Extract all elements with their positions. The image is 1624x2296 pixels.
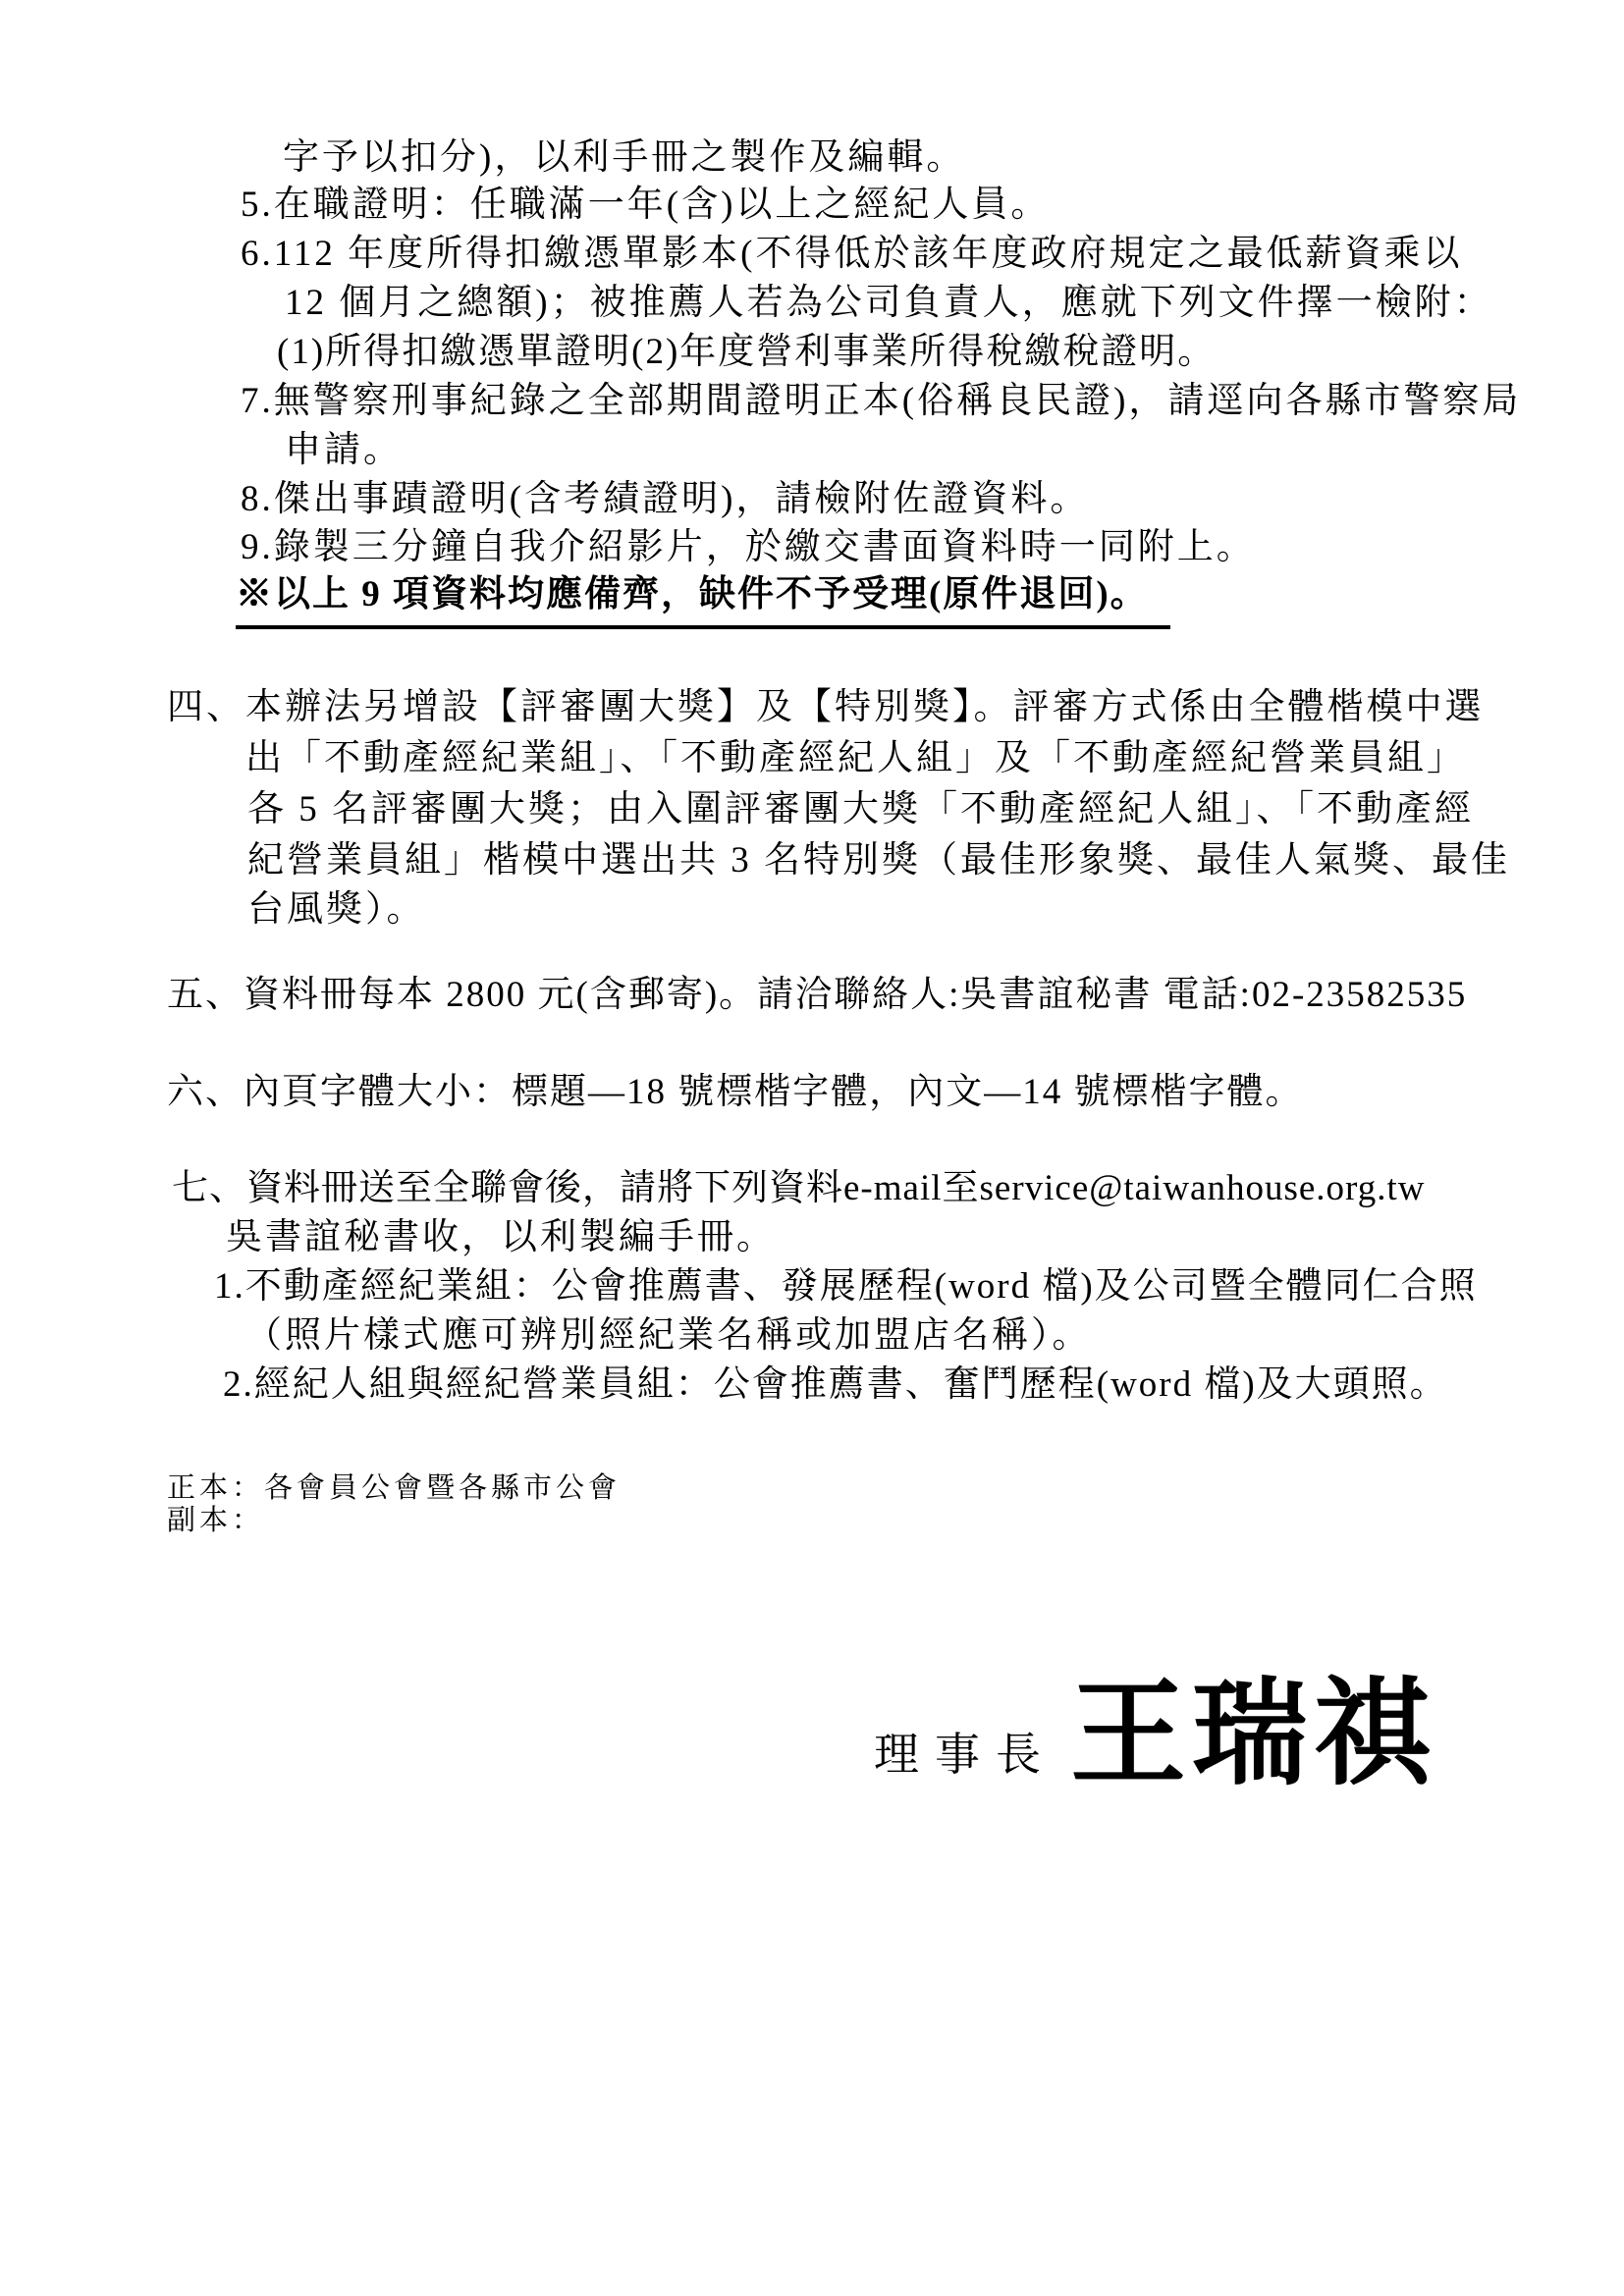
section7-sub1-line2: （照片樣式應可辨別經紀業名稱或加盟店名稱）。 (245, 1315, 1092, 1358)
section7-line2: 吳書誼秘書收，以利製編手冊。 (226, 1217, 776, 1259)
section7-line1: 七、資料冊送至全聯會後，請將下列資料e-mail至service@taiwanh… (172, 1168, 1425, 1210)
checklist-item7-line1: 7.無警察刑事紀錄之全部期間證明正本(俗稱良民證)，請逕向各縣市警察局 (241, 381, 1521, 423)
distribution-original: 正本：各會員公會暨各縣市公會 (167, 1472, 621, 1505)
section4-line5: 台風獎）。 (247, 889, 426, 932)
chairman-title: 理事長 (874, 1730, 1056, 1782)
checklist-note: ※以上 9 項資料均應備齊，缺件不予受理(原件退回)。 (236, 574, 1170, 629)
checklist-item5: 5.在職證明：任職滿一年(含)以上之經紀人員。 (241, 185, 1050, 227)
checklist-item6-line2: 12 個月之總額)；被推薦人若為公司負責人，應就下列文件擇一檢附： (285, 283, 1493, 325)
section5-line: 五、資料冊每本 2800 元(含郵寄)。請洽聯絡人:吳書誼秘書 電話:02-23… (167, 975, 1467, 1017)
document-page: 字予以扣分)，以利手冊之製作及編輯。 5.在職證明：任職滿一年(含)以上之經紀人… (0, 0, 1624, 2296)
checklist-item7-line2: 申請。 (285, 430, 403, 472)
section7-sub1-line1: 1.不動產經紀業組：公會推薦書、發展歷程(word 檔)及公司暨全體同仁合照 (214, 1266, 1478, 1308)
checklist-item4-continuation: 字予以扣分)，以利手冊之製作及編輯。 (283, 137, 965, 180)
section4-line1: 四、本辦法另增設【評審團大獎】及【特別獎】。評審方式係由全體楷模中選 (167, 687, 1485, 729)
section4-line3: 各 5 名評審團大獎；由入圍評審團大獎「不動產經紀人組」、「不動產經 (247, 789, 1474, 831)
section4-line4: 紀營業員組」楷模中選出共 3 名特別獎（最佳形象獎、最佳人氣獎、最佳 (247, 840, 1510, 882)
section6-line: 六、內頁字體大小：標題—18 號標楷字體，內文—14 號標楷字體。 (167, 1072, 1304, 1114)
chairman-name-signature: 王瑞祺 (1070, 1669, 1435, 1802)
distribution-copy: 副本： (167, 1505, 264, 1537)
checklist-item9: 9.錄製三分鐘自我介紹影片，於繳交書面資料時一同附上。 (241, 527, 1256, 569)
checklist-item8: 8.傑出事蹟證明(含考績證明)，請檢附佐證資料。 (241, 479, 1089, 521)
checklist-item6-line1: 6.112 年度所得扣繳憑單影本(不得低於該年度政府規定之最低薪資乘以 (241, 234, 1462, 276)
section7-sub2: 2.經紀人組與經紀營業員組：公會推薦書、奮鬥歷程(word 檔)及大頭照。 (223, 1364, 1448, 1407)
section4-line2: 出「不動產經紀業組」、「不動產經紀人組」及「不動產經紀營業員組」 (245, 738, 1466, 780)
checklist-item6-line3: (1)所得扣繳憑單證明(2)年度營利事業所得稅繳稅證明。 (277, 332, 1216, 374)
